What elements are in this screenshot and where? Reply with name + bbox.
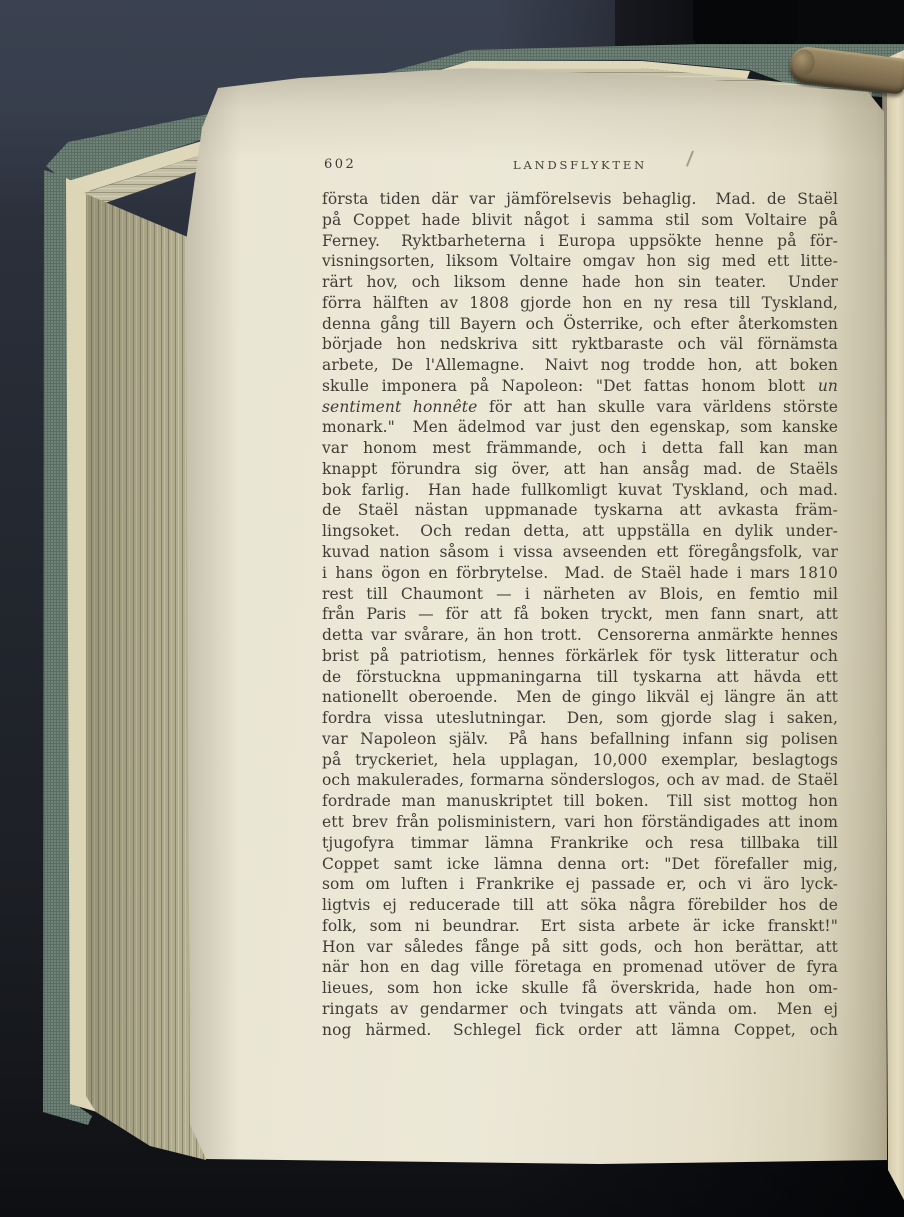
text-line: fordra vissa uteslutningar. Den, som gjo… <box>322 708 838 729</box>
text-line: de Staël nästan uppmanade tyskarna att a… <box>322 500 838 521</box>
text-line: rest till Chaumont — i närheten av Blois… <box>322 584 838 605</box>
text-line: Hon var således fånge på sitt gods, och … <box>322 937 838 958</box>
text-line: kuvad nation såsom i vissa avseenden ett… <box>322 542 838 563</box>
text-line: knappt förundra sig över, att han ansåg … <box>322 459 838 480</box>
text-line: fordrade man manuskriptet till boken. Ti… <box>322 791 838 812</box>
text-line: lieues, som hon icke skulle få överskrid… <box>322 978 838 999</box>
text-line: Ferney. Ryktbarheterna i Europa uppsökte… <box>322 231 838 252</box>
text-line: och makulerades, formarna sönderslogos, … <box>322 770 838 791</box>
text-line: brist på patriotism, hennes förkärlek fö… <box>322 646 838 667</box>
text-line: tjugofyra timmar lämna Frankrike och res… <box>322 833 838 854</box>
text-line: arbete, De l'Allemagne. Naivt nog trodde… <box>322 355 838 376</box>
text-line: monark." Men ädelmod var just den egensk… <box>322 417 838 438</box>
text-line: ett brev från polisministern, vari hon f… <box>322 812 838 833</box>
text-line: var Napoleon själv. På hans befallning i… <box>322 729 838 750</box>
text-line: från Paris — för att få boken tryckt, me… <box>322 604 838 625</box>
text-line: på tryckeriet, hela upplagan, 10,000 exe… <box>322 750 838 771</box>
text-line: ringats av gendarmer och tvingats att vä… <box>322 999 838 1020</box>
text-line: nationellt oberoende. Men de gingo likvä… <box>322 687 838 708</box>
text-line: folk, som ni beundrar. Ert sista arbete … <box>322 916 838 937</box>
text-line: rärt hov, och liksom denne hade hon sin … <box>322 272 838 293</box>
text-line: sentiment honnête för att han skulle var… <box>322 397 838 418</box>
text-line: ligtvis ej reducerade till att söka någr… <box>322 895 838 916</box>
page-text-layer: 602 LANDSFLYKTEN första tiden där var jä… <box>0 0 904 1217</box>
text-line: som om luften i Frankrike ej passade er,… <box>322 874 838 895</box>
running-header: LANDSFLYKTEN <box>322 158 838 172</box>
text-line: detta var svårare, än hon trott. Censore… <box>322 625 838 646</box>
text-line: visningsorten, liksom Voltaire omgav hon… <box>322 251 838 272</box>
text-line: nog härmed. Schlegel fick order att lämn… <box>322 1020 838 1041</box>
text-line: första tiden där var jämförelsevis behag… <box>322 189 838 210</box>
text-line: i hans ögon en förbrytelse. Mad. de Staë… <box>322 563 838 584</box>
text-line: började hon nedskriva sitt ryktbaraste o… <box>322 334 838 355</box>
text-line: denna gång till Bayern och Österrike, oc… <box>322 314 838 335</box>
book-photo: 602 LANDSFLYKTEN första tiden där var jä… <box>0 0 904 1217</box>
text-line: Coppet samt icke lämna denna ort: "Det f… <box>322 854 838 875</box>
body-text: första tiden där var jämförelsevis behag… <box>322 189 838 1040</box>
text-line: var honom mest främmande, och i detta fa… <box>322 438 838 459</box>
text-line: förra hälften av 1808 gjorde hon en ny r… <box>322 293 838 314</box>
text-line: de förstuckna uppmaningarna till tyskarn… <box>322 667 838 688</box>
text-line: skulle imponera på Napoleon: "Det fattas… <box>322 376 838 397</box>
text-line: lingsoket. Och redan detta, att uppställ… <box>322 521 838 542</box>
text-line: när hon en dag ville företaga en promena… <box>322 957 838 978</box>
text-line: på Coppet hade blivit något i samma stil… <box>322 210 838 231</box>
text-line: bok farlig. Han hade fullkomligt kuvat T… <box>322 480 838 501</box>
